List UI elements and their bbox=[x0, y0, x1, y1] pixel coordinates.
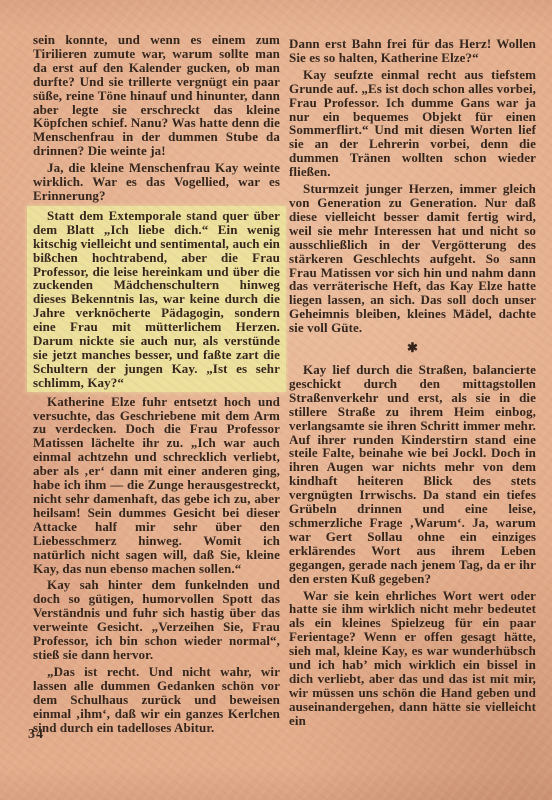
paragraph: Kay sah hinter dem funkelnden und doch s… bbox=[33, 578, 280, 661]
page-number: 34 bbox=[28, 727, 44, 743]
paragraph: Kay seufzte einmal recht aus tiefstem Gr… bbox=[289, 68, 536, 179]
section-separator-star-icon: ✱ bbox=[289, 340, 536, 356]
paragraph: Kay lief durch die Straßen, balancierte … bbox=[289, 363, 536, 586]
paragraph: Ja, die kleine Menschenfrau Kay weinte w… bbox=[33, 161, 280, 203]
paragraph: Katherine Elze fuhr entsetzt hoch und ve… bbox=[33, 395, 280, 576]
paragraph: Dann erst Bahn frei für das Herz! Wollen… bbox=[289, 37, 536, 65]
paragraph: „Das ist recht. Und nicht wahr, wir lass… bbox=[33, 665, 280, 735]
scanned-book-page: sein konnte, und wenn es einem zum Tiril… bbox=[0, 0, 552, 800]
highlighted-passage: Statt dem Extemporale stand quer über de… bbox=[27, 206, 286, 392]
paragraph: Sturmzeit junger Herzen, immer gleich vo… bbox=[289, 182, 536, 335]
left-column: sein konnte, und wenn es einem zum Tiril… bbox=[33, 33, 280, 737]
right-column: Dann erst Bahn frei für das Herz! Wollen… bbox=[289, 37, 536, 731]
paragraph: War sie kein ehrliches Wort wert oder ha… bbox=[289, 589, 536, 728]
paragraph: sein konnte, und wenn es einem zum Tiril… bbox=[33, 33, 280, 158]
